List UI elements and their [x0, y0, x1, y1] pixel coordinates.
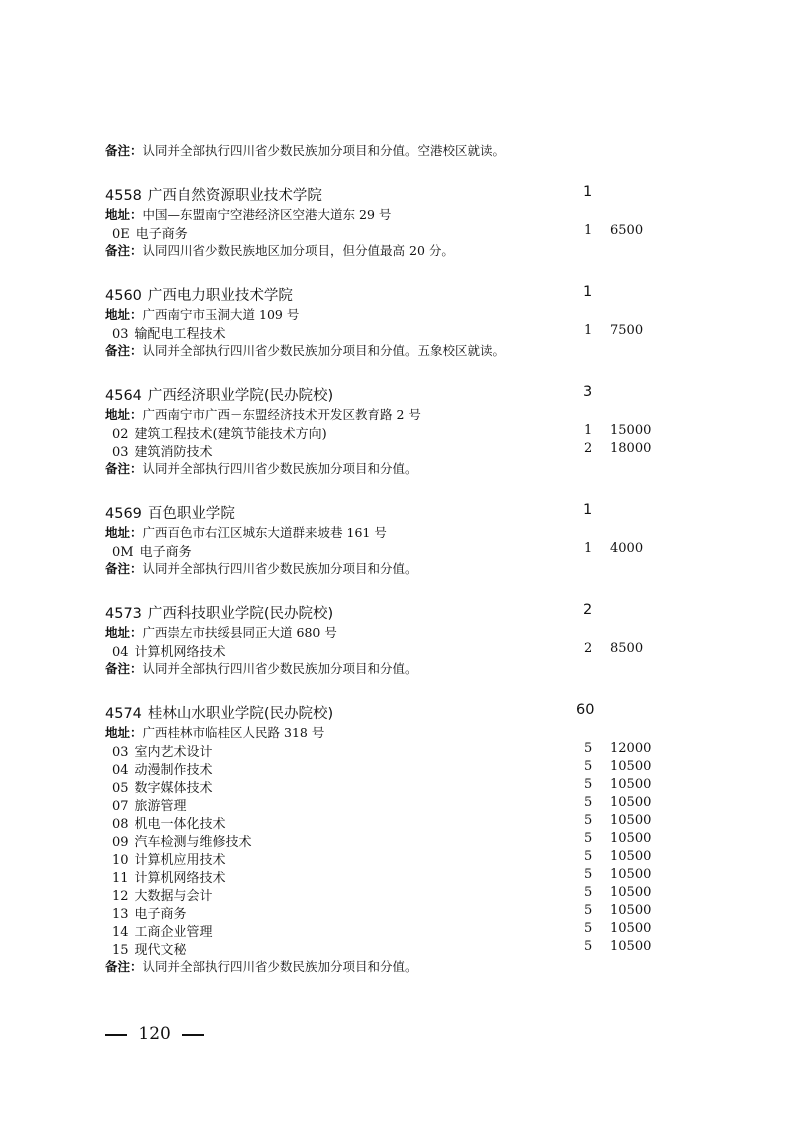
dash-right	[182, 1034, 204, 1036]
document-page: 备注：认同并全部执行四川省少数民族加分项目和分值。空港校区就读。 4558广西自…	[0, 0, 794, 1123]
school-note: 备注：认同并全部执行四川省少数民族加分项目和分值。	[105, 957, 418, 975]
school-note: 备注：认同并全部执行四川省少数民族加分项目和分值。	[105, 559, 418, 577]
major-row: 12大数据与会计510500	[112, 885, 213, 904]
school-note: 备注：认同并全部执行四川省少数民族加分项目和分值。	[105, 459, 418, 477]
major-row: 11计算机网络技术510500	[112, 867, 226, 886]
top-note: 备注：认同并全部执行四川省少数民族加分项目和分值。空港校区就读。	[105, 141, 505, 159]
major-row: 03输配电工程技术17500	[112, 323, 226, 342]
major-row: 07旅游管理510500	[112, 795, 187, 814]
major-row: 09汽车检测与维修技术510500	[112, 831, 252, 850]
school-note: 备注：认同并全部执行四川省少数民族加分项目和分值。五象校区就读。	[105, 341, 505, 359]
school-heading: 4569百色职业学院1	[105, 502, 235, 523]
major-row: 05数字媒体技术510500	[112, 777, 213, 796]
school-address: 地址：广西百色市右江区城东大道群来坡巷 161 号	[105, 523, 387, 541]
school-heading: 4564广西经济职业学院(民办院校)3	[105, 384, 333, 405]
school-address: 地址：广西南宁市玉洞大道 109 号	[105, 305, 299, 323]
major-row: 08机电一体化技术510500	[112, 813, 226, 832]
school-heading: 4558广西自然资源职业技术学院1	[105, 184, 322, 205]
school-address: 地址：广西桂林市临桂区人民路 318 号	[105, 723, 324, 741]
school-heading: 4574桂林山水职业学院(民办院校)60	[105, 702, 333, 723]
major-row: 03室内艺术设计512000	[112, 741, 213, 760]
dash-left	[105, 1034, 127, 1036]
major-row: 0M电子商务14000	[112, 541, 192, 560]
school-address: 地址：广西南宁市广西－东盟经济技术开发区教育路 2 号	[105, 405, 421, 423]
page-number: 120	[105, 1024, 204, 1044]
major-row: 14工商企业管理510500	[112, 921, 213, 940]
major-row: 04动漫制作技术510500	[112, 759, 213, 778]
major-row: 15现代文秘510500	[112, 939, 187, 958]
major-row: 0E电子商务16500	[112, 223, 188, 242]
major-row: 04计算机网络技术28500	[112, 641, 226, 660]
school-note: 备注：认同四川省少数民族地区加分项目，但分值最高 20 分。	[105, 241, 454, 259]
school-heading: 4560广西电力职业技术学院1	[105, 284, 293, 305]
school-address: 地址：广西崇左市扶绥县同正大道 680 号	[105, 623, 337, 641]
school-note: 备注：认同并全部执行四川省少数民族加分项目和分值。	[105, 659, 418, 677]
school-address: 地址：中国—东盟南宁空港经济区空港大道东 29 号	[105, 205, 391, 223]
major-row: 03建筑消防技术218000	[112, 441, 213, 460]
major-row: 02建筑工程技术(建筑节能技术方向)115000	[112, 423, 327, 442]
school-heading: 4573广西科技职业学院(民办院校)2	[105, 602, 333, 623]
major-row: 13电子商务510500	[112, 903, 187, 922]
major-row: 10计算机应用技术510500	[112, 849, 226, 868]
